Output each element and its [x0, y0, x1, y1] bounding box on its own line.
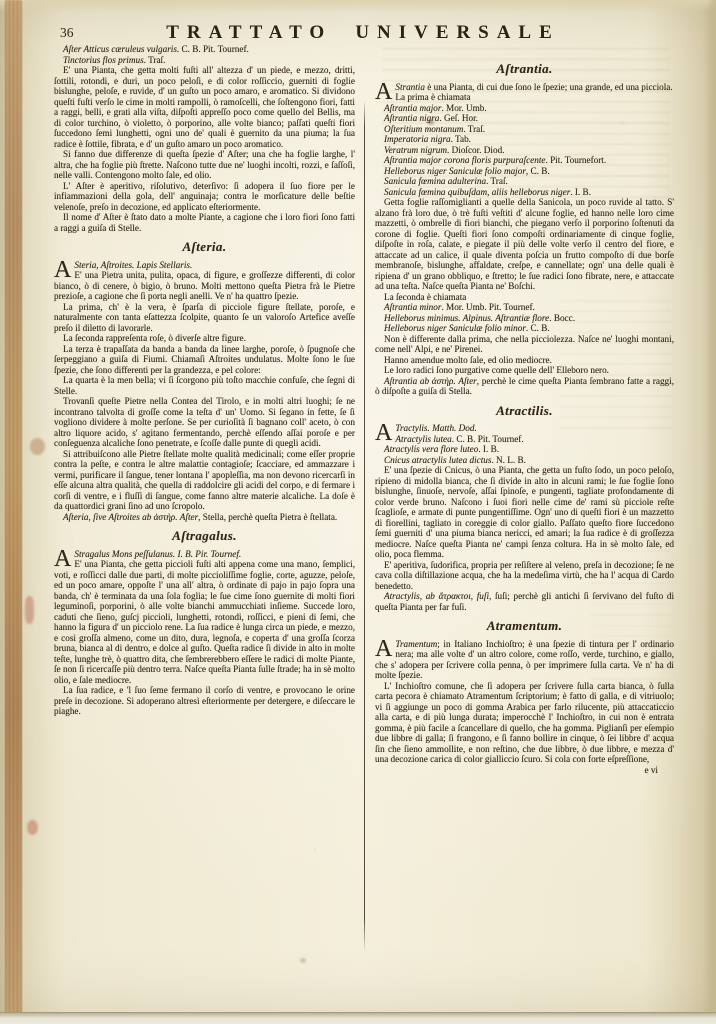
synonym-authority: . Bocc.: [549, 313, 575, 323]
paragraph: La quarta è la men bella; vi ſi ſcorgono…: [54, 375, 355, 396]
synonym-line: Oſteritium montanum. Traſ.: [375, 124, 674, 135]
entry-lead: ASteria, Aſtroites. Lapis Stellaris. E' …: [54, 260, 355, 302]
paragraph: E' aperitiva, ſudorifica, propria per re…: [375, 560, 674, 592]
synonym-authority: . Geſ. Hor.: [439, 113, 478, 123]
left-column: Aſter Atticus cæruleus vulgaris. C. B. P…: [54, 44, 355, 717]
synonym-line: Aſtrantia major corona floris purpuraſce…: [375, 155, 674, 166]
synonym-latin: Cnicus atractylis lutea dictus: [384, 455, 491, 465]
synonym-latin: Helleborus niger Saniculæ folio minor: [384, 323, 526, 333]
synonym-latin: Oſteritium montanum: [384, 124, 463, 134]
paragraph: Non è differente dalla prima, che nella …: [375, 334, 674, 355]
paragraph: La prima, ch' è la vera, è ſparſa di pic…: [54, 302, 355, 334]
synonym-latin: Sanicula fœmina quibuſdam, aliis hellebo…: [384, 187, 570, 197]
entry-heading-astragalus: Aſtragalus.: [54, 531, 355, 542]
drop-cap-initial: A: [375, 639, 395, 659]
synonym-latin: Helleborus minimus. Alpinus. Aſtrantiæ f…: [384, 313, 549, 323]
etymology-note: Aſtrantia ab ἀστὴρ. Aſter, perchè le cim…: [375, 376, 674, 397]
synonym-line: Atractylis vera flore luteo. I. B.: [375, 444, 674, 455]
page-right-edge: [706, 0, 716, 1013]
paragraph: Si attribuiſcono alle Pietre ſtellate mo…: [54, 449, 355, 512]
paragraph: E' una Pietra unita, pulita, opaca, di f…: [54, 270, 355, 301]
synonym-latin: Stragalus Mons peſſulanus. I. B. Pir. To…: [74, 549, 241, 559]
synonym-latin: Tramentum: [395, 639, 437, 649]
synonym-line: Helleborus niger Saniculæ folio major, C…: [375, 166, 674, 177]
synonym-latin: Aſtrantia major: [384, 103, 441, 113]
synonym-authority: . Traſ.: [463, 124, 485, 134]
paragraph: Le loro radici ſono purgative come quell…: [375, 365, 674, 376]
page-header: 36 TRATTATO UNIVERSALE: [52, 22, 674, 46]
synonym-line: Imperatoria nigra. Tab.: [375, 134, 674, 145]
paragraph: Il nome d' Aſter è ſtato dato a molte Pi…: [54, 212, 355, 233]
entry-lead: ATractylis. Matth. Dod. Atractylis lutea…: [375, 423, 674, 444]
synonym-latin: Atractylis vera flore luteo: [384, 444, 478, 454]
etymology-latin: Aſteria, ſive Aſtroites ab ἀστὴρ. Aſter: [63, 512, 198, 522]
synonym-authority: . C. B. Pit. Tournef.: [177, 44, 249, 54]
entry-heading-astrantia: Aſtrantia.: [375, 64, 674, 75]
synonym-line: Cnicus atractylis lutea dictus. N. L. B.: [375, 455, 674, 466]
etymology-note: Aſteria, ſive Aſtroites ab ἀστὴρ. Aſter,…: [54, 512, 355, 523]
synonym-authority: . I. B.: [478, 444, 499, 454]
synonym-latin: Aſtrantia minor: [384, 302, 441, 312]
synonym-latin: Aſtrantia nigra: [384, 113, 439, 123]
synonym-line: Helleborus niger Saniculæ folio minor. C…: [375, 323, 674, 334]
paper-stain: [300, 958, 306, 963]
column-divider-rule: [364, 100, 365, 952]
paragraph: E' una Pianta, che getta molti fuſti all…: [54, 65, 355, 149]
synonym-authority: , C. B.: [526, 166, 550, 176]
synonym-line: Aſtrantia nigra. Geſ. Hor.: [375, 113, 674, 124]
paper-stain: [27, 820, 38, 835]
synonym-authority: . Mor. Umb. Pit. Tournef.: [441, 302, 534, 312]
synonym-latin: Tractylis. Matth. Dod.: [395, 423, 476, 433]
paper-stain: [30, 438, 45, 455]
entry-lead: ATramentum; in Italiano Inchioſtro; è un…: [375, 639, 674, 681]
paragraph: La ſeconda rappreſenta roſe, ò diverſe a…: [54, 333, 355, 344]
synonym-latin: Aſtrantia major corona floris purpuraſce…: [384, 155, 545, 165]
etymology-latin: Atractylis, ab ἄτρακτοι, fuſi: [384, 591, 489, 601]
paragraph: Trovanſi queſte Pietre nella Contea del …: [54, 396, 355, 449]
synonym-latin: Aſter Atticus cæruleus vulgaris: [63, 44, 177, 54]
paragraph: Hanno amendue molto ſale, ed olio medioc…: [375, 355, 674, 366]
synonym-authority: . C. B. Pit. Tournef.: [452, 434, 524, 444]
synonym-line: Tinctorius flos primus. Traſ.: [54, 55, 355, 66]
synonym-line: Sanicula fœmina adulterina. Traſ.: [375, 176, 674, 187]
paragraph: E' una Pianta, che getta piccioli fuſti …: [54, 559, 355, 685]
synonym-authority: . Tab.: [451, 134, 471, 144]
etymology-roman: , Stella, perchè queſta Pietra è ſtellat…: [198, 512, 337, 522]
synonym-line: Aſtrantia minor. Mor. Umb. Pit. Tournef.: [375, 302, 674, 313]
paragraph: La ſeconda è chiamata: [375, 292, 674, 303]
synonym-latin: Veratrum nigrum: [384, 145, 447, 155]
synonym-latin: Strantia: [395, 82, 425, 92]
synonym-authority: . Traſ.: [144, 55, 166, 65]
paragraph: La terza è trapaſſata da banda a banda d…: [54, 344, 355, 376]
synonym-authority: . Traſ.: [486, 176, 508, 186]
etymology-note: Atractylis, ab ἄτρακτοι, fuſi, ſuſi; per…: [375, 591, 674, 612]
catchword: e vi: [375, 765, 674, 776]
synonym-authority: . C. B.: [526, 323, 550, 333]
drop-cap-initial: A: [375, 82, 395, 102]
synonym-line: Aſtrantia major. Mor. Umb.: [375, 103, 674, 114]
paragraph: La ſua radice, e 'l ſuo ſeme fermano il …: [54, 685, 355, 717]
paragraph: Si fanno due differenze di queſta ſpezie…: [54, 149, 355, 181]
synonym-latin: Imperatoria nigra: [384, 134, 451, 144]
paragraph: L' Aſter è aperitivo, riſolutivo, deterſ…: [54, 181, 355, 213]
drop-cap-initial: A: [54, 260, 74, 280]
synonym-line: Aſter Atticus cæruleus vulgaris. C. B. P…: [54, 44, 355, 55]
paragraph: L' Inchioſtro comune, che ſi adopera per…: [375, 681, 674, 765]
synonym-authority: . I. B.: [570, 187, 591, 197]
synonym-latin: Atractylis lutea: [395, 434, 451, 444]
synonym-authority: . Mor. Umb.: [441, 103, 486, 113]
synonym-line: Helleborus minimus. Alpinus. Aſtrantiæ f…: [375, 313, 674, 324]
synonym-latin: Helleborus niger Saniculæ folio major: [384, 166, 526, 176]
running-title: TRATTATO UNIVERSALE: [52, 22, 674, 44]
paragraph: E' una ſpezie di Cnicus, ò una Pianta, c…: [375, 465, 674, 560]
synonym-authority: . N. L. B.: [491, 455, 525, 465]
etymology-latin: Aſtrantia ab ἀστὴρ. Aſter: [384, 376, 477, 386]
synonym-latin: Sanicula fœmina adulterina: [384, 176, 486, 186]
entry-heading-atramentum: Atramentum.: [375, 621, 674, 632]
synonym-line: Veratrum nigrum. Dioſcor. Diod.: [375, 145, 674, 156]
entry-heading-asteria: Aſteria.: [54, 242, 355, 253]
right-column: Aſtrantia. AStrantia è una Pianta, di cu…: [375, 44, 674, 775]
entry-lead: AStragalus Mons peſſulanus. I. B. Pir. T…: [54, 549, 355, 686]
page-bottom-edge: [0, 1012, 716, 1024]
synonym-authority: . Pit. Tournefort.: [545, 155, 606, 165]
paragraph: Getta foglie raſſomiglianti a quelle del…: [375, 197, 674, 292]
synonym-line: Sanicula fœmina quibuſdam, aliis hellebo…: [375, 187, 674, 198]
paragraph: La prima è chiamata: [375, 92, 674, 103]
binding-edge: [5, 0, 22, 1014]
synonym-latin: Steria, Aſtroites. Lapis Stellaris.: [74, 260, 192, 270]
entry-heading-atractilis: Atractilis.: [375, 406, 674, 417]
synonym-latin: Tinctorius flos primus: [63, 55, 144, 65]
paper-stain: [25, 596, 34, 624]
drop-cap-initial: A: [54, 549, 74, 569]
paragraph: è una Pianta, di cui due ſono le ſpezie;…: [425, 82, 673, 92]
drop-cap-initial: A: [375, 423, 395, 443]
entry-lead: AStrantia è una Pianta, di cui due ſono …: [375, 82, 674, 93]
page-top-edge: [0, 0, 716, 12]
synonym-authority: . Dioſcor. Diod.: [447, 145, 504, 155]
book-page-scan: 36 TRATTATO UNIVERSALE Aſter Atticus cær…: [0, 0, 716, 1024]
page-number: 36: [60, 25, 74, 41]
